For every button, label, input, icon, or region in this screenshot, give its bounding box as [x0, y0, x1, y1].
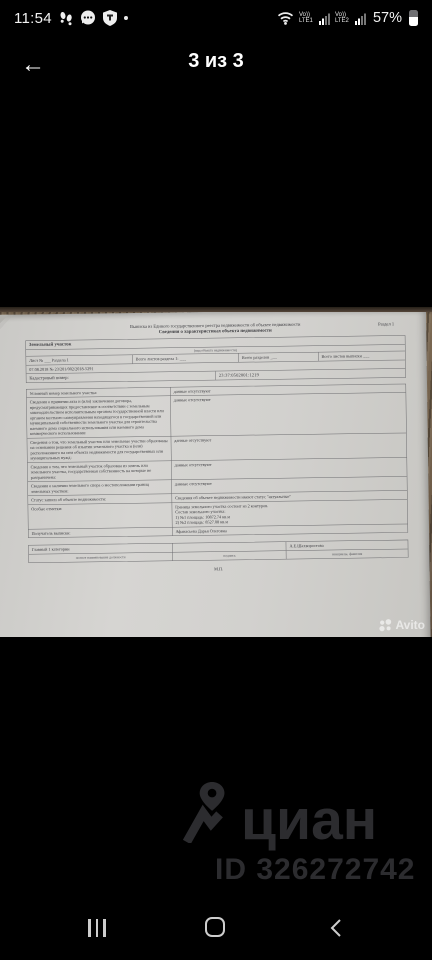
page-title: 3 из 3 — [0, 50, 432, 73]
battery-percent: 57% — [373, 10, 402, 26]
cian-label: циан — [241, 797, 377, 843]
signal-bars-sim1-icon — [319, 12, 330, 25]
shield-icon — [103, 10, 117, 26]
status-bar: 11:54 — [0, 0, 432, 36]
avito-logo-icon — [379, 619, 392, 632]
volte-sim2-label: Vo)) LTE2 — [335, 12, 350, 24]
avito-label: Avito — [395, 618, 425, 632]
doc-section-label: Раздел 1 — [378, 321, 394, 326]
sheet-cell: Всего листов выписки ___ — [318, 351, 405, 360]
caption-signature: подпись — [173, 551, 287, 561]
row-value: Граница земельного участка состоит из 2 … — [172, 499, 407, 526]
sheet-cell: Всего разделов ___ — [238, 352, 318, 361]
home-button[interactable] — [205, 917, 225, 937]
date-number: 07.08.2018 № 23/201/002/2018-5291 — [26, 364, 96, 373]
cadastral-value: 23:37:0502001:1219 — [216, 369, 406, 380]
sheet-cell: Всего листов раздела 1: ___ — [132, 354, 238, 364]
cian-logo-icon — [183, 781, 228, 843]
row-value: данные отсутствуют — [171, 393, 407, 436]
cadastral-label: Кадастровый номер: — [26, 371, 216, 382]
battery-icon — [409, 10, 418, 26]
row-value: данные отсутствуют — [172, 457, 407, 479]
signal-bars-sim2-icon — [355, 12, 366, 25]
recents-button[interactable] — [88, 919, 106, 937]
row-label: Получатель выписки: — [28, 527, 172, 537]
cian-watermark: циан ID 326272742 — [183, 781, 416, 887]
sheet-cell: Лист № ___ Раздела 1 — [26, 355, 132, 365]
document-paper: Раздел 1 Выписка из Единого государствен… — [0, 309, 431, 637]
document-photo[interactable]: Раздел 1 Выписка из Единого государствен… — [0, 307, 432, 637]
doc-details-table: Условный номер земельного участка: данны… — [26, 383, 408, 538]
object-type: Земельный участок — [26, 340, 75, 349]
footprints-icon — [59, 11, 73, 26]
row-value: данные отсутствуют — [171, 433, 406, 460]
table-row: Сведения о принятии акта и (или) заключе… — [27, 392, 407, 438]
avito-watermark: Avito — [379, 618, 425, 632]
cian-id: ID 326272742 — [215, 853, 416, 887]
notification-dot-icon — [124, 16, 128, 20]
row-label: Сведения о принятии акта и (или) заключе… — [27, 396, 172, 438]
android-nav-bar — [0, 902, 432, 960]
signature-table: Главный 1 категории А.Е.Шахворостова пол… — [28, 540, 408, 563]
nav-back-button[interactable] — [330, 918, 342, 938]
clock: 11:54 — [14, 10, 52, 27]
volte-sim1-label: Vo)) LTE1 — [299, 12, 314, 24]
row-label: Сведения о том, что земельный участок ил… — [27, 436, 171, 462]
caption-position: полное наименование должности — [29, 552, 173, 562]
row-label: Сведения о том, что земельный участок об… — [28, 461, 172, 482]
stamp-placeholder: М.П. — [29, 564, 409, 574]
caption-name: инициалы, фамилия — [287, 549, 408, 559]
app-header: ← 3 из 3 — [0, 46, 432, 84]
row-label: Особые отметки: — [28, 503, 172, 529]
chat-icon — [80, 10, 96, 26]
row-label: Сведения о наличии земельного спора о ме… — [28, 480, 172, 496]
doc-header-table: Земельный участок (вид объекта недвижимо… — [25, 335, 406, 383]
wifi-icon — [277, 11, 294, 25]
